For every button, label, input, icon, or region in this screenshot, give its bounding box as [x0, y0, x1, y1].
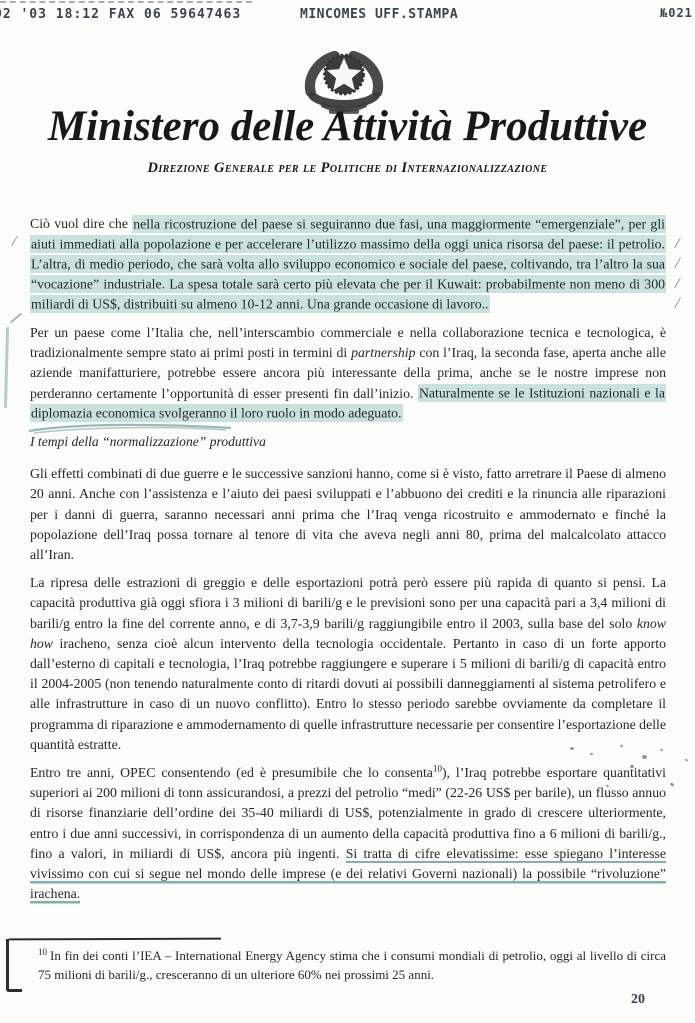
- para-oil-production: La ripresa delle estrazioni di greggio e…: [30, 573, 666, 755]
- footnote-text: In fin dei conti l’IEA – International E…: [38, 948, 666, 982]
- scanned-fax-page: 02 '03 18:12 FAX 06 59647463 MINCOMES UF…: [0, 0, 695, 1023]
- ink-speck: [590, 753, 594, 756]
- ink-speck: [685, 758, 688, 762]
- hand-drawn-bracket-mark: [6, 939, 22, 992]
- ink-speck: [670, 782, 675, 787]
- para-war-effects: Gli effetti combinati di due guerre e le…: [30, 464, 666, 565]
- ink-speck: [570, 747, 574, 750]
- body-text: partnership: [351, 345, 415, 360]
- page-number: 20: [631, 992, 645, 1008]
- ministry-title: Ministero delle Attività Produttive: [0, 102, 695, 151]
- body-text: iracheno, senza cioè alcun intervento de…: [30, 636, 666, 752]
- ink-speck: [642, 755, 648, 760]
- body-text: Ciò vuol dire che: [30, 216, 132, 231]
- pencil-slash-mark: /: [672, 274, 681, 295]
- ink-speck: [630, 765, 634, 768]
- fax-timestamp: 02 '03 18:12 FAX 06 59647463: [0, 7, 241, 22]
- ministry-subtitle: Direzione Generale per le Politiche di I…: [0, 160, 695, 177]
- body-text: Entro tre anni, OPEC consentendo (ed è p…: [30, 765, 433, 780]
- pencil-slash-mark: /: [10, 232, 19, 253]
- para-italy-partnership: Per un paese come l’Italia che, nell’int…: [30, 323, 666, 424]
- fax-page-counter: №021: [660, 6, 693, 20]
- para-reconstruction-phases: Ciò vuol dire che nella ricostruzione de…: [30, 214, 666, 315]
- heading-tempi-normalizzazione: I tempi della “normalizzazione” produtti…: [30, 432, 666, 452]
- footnote-marker: 10: [38, 947, 47, 957]
- fax-sender: MINCOMES UFF.STAMPA: [300, 7, 458, 22]
- footnote-separator-line: [9, 938, 221, 941]
- body-text: Gli effetti combinati di due guerre e le…: [30, 466, 666, 562]
- pencil-slash-mark: /: [672, 254, 681, 275]
- footnote: 10In fin dei conti l’IEA – International…: [38, 946, 666, 984]
- body-text: La ripresa delle estrazioni di greggio e…: [30, 575, 666, 630]
- fax-scan-edge-line: [0, 1, 252, 3]
- para-opec-exports: Entro tre anni, OPEC consentendo (ed è p…: [30, 763, 666, 904]
- footnote-reference: 10: [433, 763, 442, 773]
- margin-highlight-line: [4, 327, 9, 408]
- document-body: Ciò vuol dire che nella ricostruzione de…: [30, 214, 666, 913]
- pencil-slash-mark: /: [672, 234, 681, 255]
- pencil-slash-mark: /: [672, 294, 681, 315]
- body-text: I tempi della “normalizzazione” produtti…: [30, 434, 266, 449]
- pencil-tick-mark: [10, 313, 22, 324]
